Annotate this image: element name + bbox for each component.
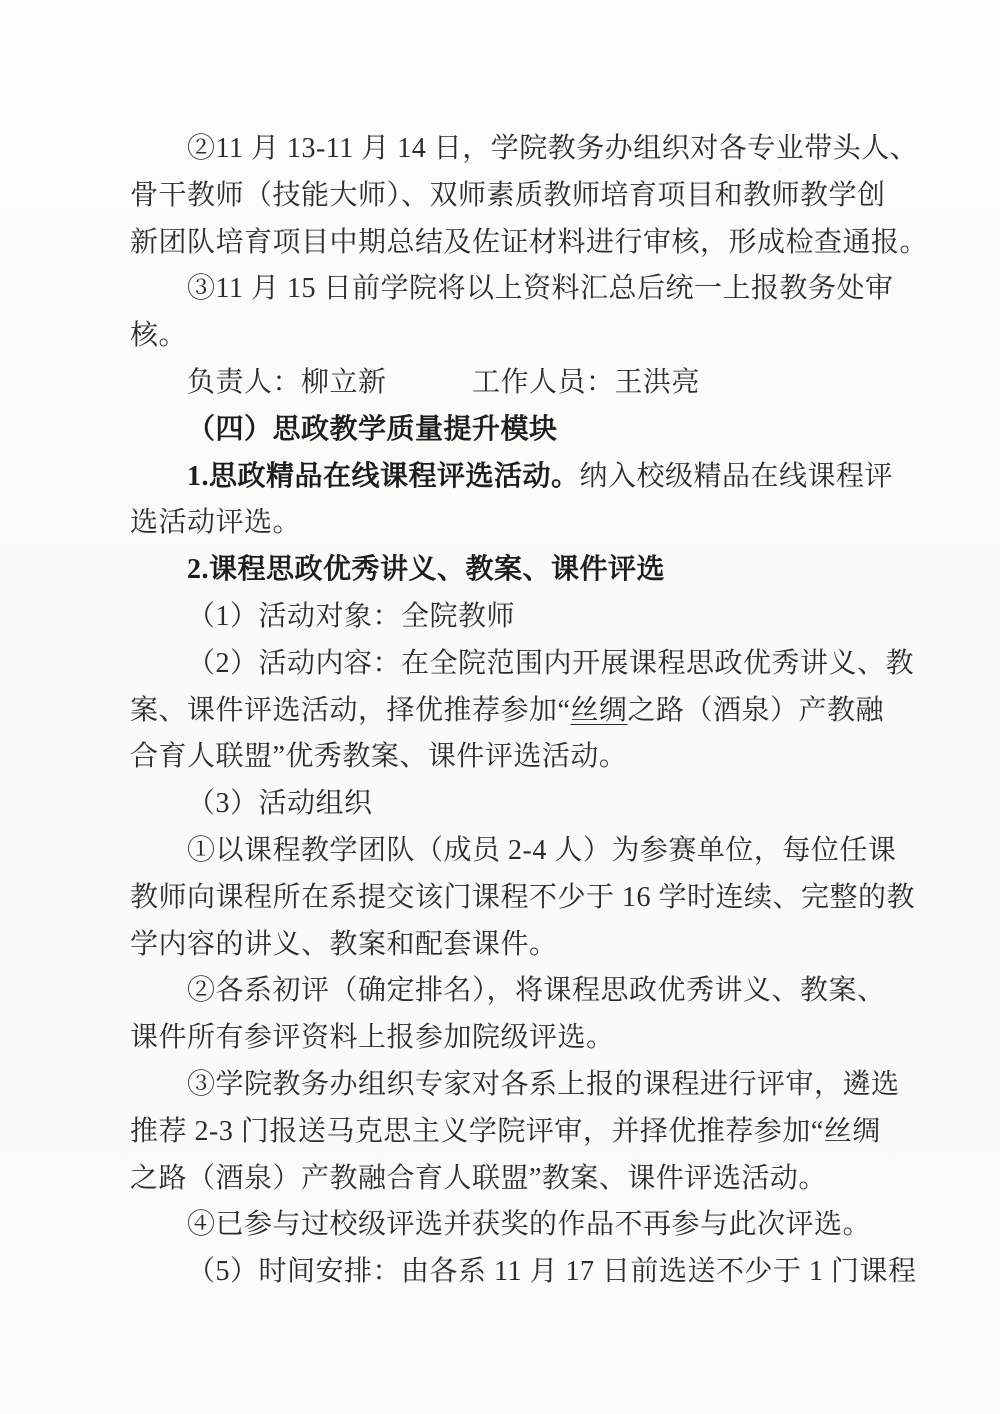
bold-text: （四）思政教学质量提升模块 bbox=[187, 414, 558, 445]
text-line: 负责人：柳立新 工作人员：王洪亮 bbox=[130, 360, 878, 407]
text-line: （2）活动内容：在全院范围内开展课程思政优秀讲义、教 bbox=[130, 641, 878, 688]
text-line: （3）活动组织 bbox=[130, 781, 878, 828]
text-line: （1）活动对象：全院教师 bbox=[130, 594, 878, 641]
bold-text: 2.课程思政优秀讲义、教案、课件评选 bbox=[187, 554, 665, 585]
text-line: ④已参与过校级评选并获奖的作品不再参与此次评选。 bbox=[130, 1202, 878, 1249]
text-line: 课件所有参评资料上报参加院级评选。 bbox=[130, 1015, 878, 1062]
body-text: ④已参与过校级评选并获奖的作品不再参与此次评选。 bbox=[187, 1209, 871, 1240]
text-line: ②11 月 13-11 月 14 日，学院教务办组织对各专业带头人、 bbox=[130, 126, 878, 173]
text-line: 合育人联盟”优秀教案、课件评选活动。 bbox=[130, 734, 878, 781]
text-line: （5）时间安排：由各系 11 月 17 日前选送不少于 1 门课程 bbox=[130, 1249, 878, 1296]
text-line: ②各系初评（确定排名），将课程思政优秀讲义、教案、 bbox=[130, 968, 878, 1015]
body-text: ③学院教务办组织专家对各系上报的课程进行评审，遴选 bbox=[187, 1069, 900, 1100]
bold-text: 1.思政精品在线课程评选活动。 bbox=[187, 461, 580, 492]
body-text: 案、课件评选活动，择优推荐参加“ bbox=[130, 695, 570, 726]
text-line: 学内容的讲义、教案和配套课件。 bbox=[130, 922, 878, 969]
body-text: （2）活动内容：在全院范围内开展课程思政优秀讲义、教 bbox=[187, 648, 914, 679]
text-line: ③学院教务办组织专家对各系上报的课程进行评审，遴选 bbox=[130, 1062, 878, 1109]
text-line: ③11 月 15 日前学院将以上资料汇总后统一上报教务处审 bbox=[130, 266, 878, 313]
document-lines: ②11 月 13-11 月 14 日，学院教务办组织对各专业带头人、骨干教师（技… bbox=[130, 126, 878, 1296]
body-text: ②11 月 13-11 月 14 日，学院教务办组织对各专业带头人、 bbox=[187, 133, 918, 164]
body-text: 负责人：柳立新 工作人员：王洪亮 bbox=[187, 367, 700, 398]
body-text: 纳入校级精品在线课程评 bbox=[580, 461, 894, 492]
text-line: 2.课程思政优秀讲义、教案、课件评选 bbox=[130, 547, 878, 594]
body-text: 核。 bbox=[130, 320, 187, 351]
body-text: 合育人联盟”优秀教案、课件评选活动。 bbox=[130, 741, 627, 772]
body-text: 推荐 2-3 门报送马克思主义学院评审，并择优推荐参加“丝绸 bbox=[130, 1116, 881, 1147]
text-line: 核。 bbox=[130, 313, 878, 360]
body-text: （1）活动对象：全院教师 bbox=[187, 601, 515, 632]
body-text: 教师向课程所在系提交该门课程不少于 16 学时连续、完整的教 bbox=[130, 882, 915, 913]
body-text: （5）时间安排：由各系 11 月 17 日前选送不少于 1 门课程 bbox=[187, 1256, 916, 1287]
text-line: 推荐 2-3 门报送马克思主义学院评审，并择优推荐参加“丝绸 bbox=[130, 1109, 878, 1156]
body-text: ③11 月 15 日前学院将以上资料汇总后统一上报教务处审 bbox=[187, 273, 893, 304]
body-text: 骨干教师（技能大师）、双师素质教师培育项目和教师教学创 bbox=[130, 180, 886, 211]
body-text: 选活动评选。 bbox=[130, 507, 301, 538]
text-line: 新团队培育项目中期总结及佐证材料进行审核，形成检查通报。 bbox=[130, 220, 878, 267]
body-text: 之路（酒泉）产教融 bbox=[627, 695, 884, 726]
body-text: （3）活动组织 bbox=[187, 788, 373, 819]
body-text: ①以课程教学团队（成员 2-4 人）为参赛单位，每位任课 bbox=[187, 835, 896, 866]
scanned-page: ②11 月 13-11 月 14 日，学院教务办组织对各专业带头人、骨干教师（技… bbox=[0, 0, 1000, 1414]
body-text: ②各系初评（确定排名），将课程思政优秀讲义、教案、 bbox=[187, 975, 886, 1006]
body-text: 之路（酒泉）产教融合育人联盟”教案、课件评选活动。 bbox=[130, 1163, 827, 1194]
body-text: 学内容的讲义、教案和配套课件。 bbox=[130, 929, 558, 960]
body-text: 新团队培育项目中期总结及佐证材料进行审核，形成检查通报。 bbox=[130, 227, 928, 258]
underlined-text: 丝绸 bbox=[570, 695, 627, 726]
body-text: 课件所有参评资料上报参加院级评选。 bbox=[130, 1022, 615, 1053]
text-line: 骨干教师（技能大师）、双师素质教师培育项目和教师教学创 bbox=[130, 173, 878, 220]
text-line: 1.思政精品在线课程评选活动。纳入校级精品在线课程评 bbox=[130, 454, 878, 501]
text-line: ①以课程教学团队（成员 2-4 人）为参赛单位，每位任课 bbox=[130, 828, 878, 875]
text-line: 之路（酒泉）产教融合育人联盟”教案、课件评选活动。 bbox=[130, 1156, 878, 1203]
text-line: （四）思政教学质量提升模块 bbox=[130, 407, 878, 454]
text-line: 选活动评选。 bbox=[130, 500, 878, 547]
text-line: 教师向课程所在系提交该门课程不少于 16 学时连续、完整的教 bbox=[130, 875, 878, 922]
text-line: 案、课件评选活动，择优推荐参加“丝绸之路（酒泉）产教融 bbox=[130, 688, 878, 735]
